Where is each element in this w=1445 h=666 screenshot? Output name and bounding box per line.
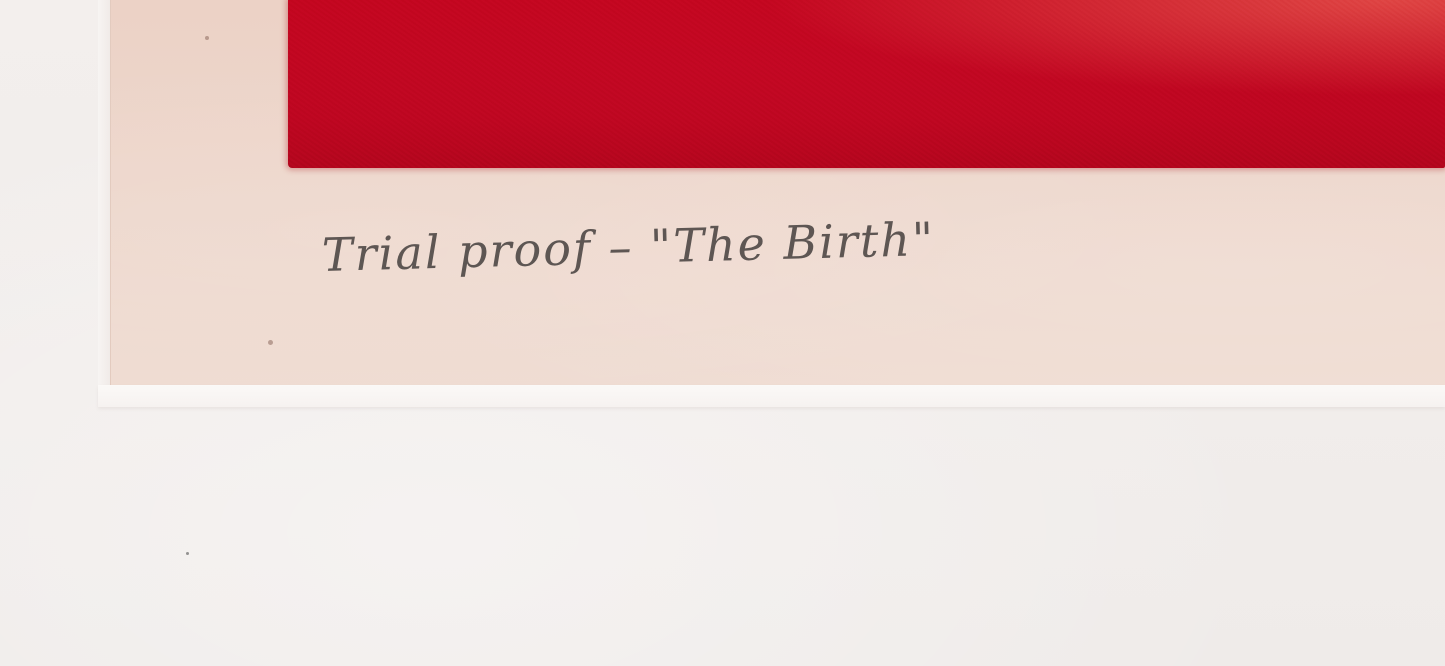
mat-bevel-bottom — [98, 385, 1445, 407]
photo-scene: Trial proof – "The Birth" — [0, 0, 1445, 666]
paper-speck — [205, 36, 209, 40]
paper-speck — [186, 552, 189, 555]
paper-speck — [268, 340, 273, 345]
red-print-area — [288, 0, 1445, 168]
